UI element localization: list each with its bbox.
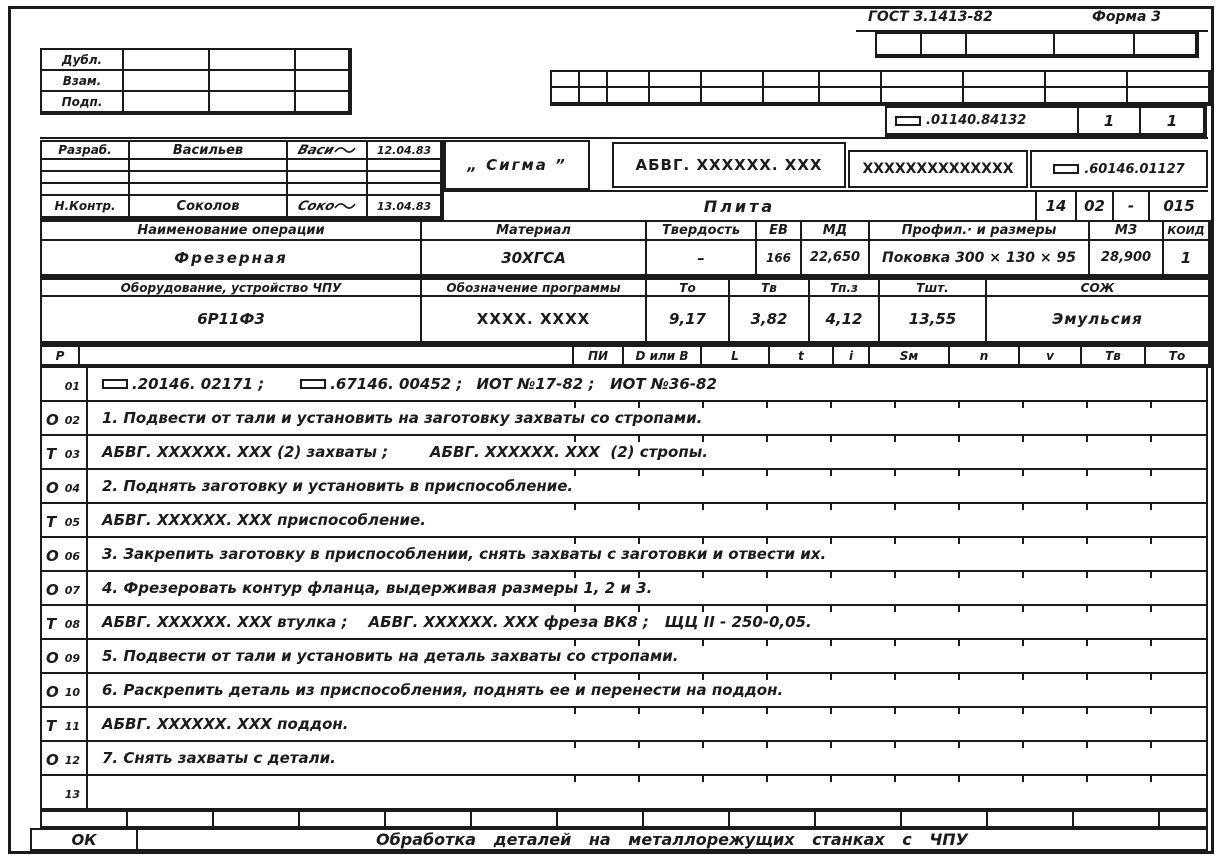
param-tv: Тв bbox=[1082, 347, 1146, 366]
part-name-row: Плита 14 02 - 015 bbox=[444, 190, 1208, 220]
param-v: v bbox=[1020, 347, 1082, 366]
title-block-topline bbox=[40, 137, 1208, 139]
material-header: Материал bbox=[422, 222, 647, 241]
ok-label: ОК bbox=[32, 830, 138, 849]
top-doc-number: .01140.84132 bbox=[926, 113, 1026, 128]
enterprise-code-box-icon bbox=[300, 379, 326, 389]
empty-cell bbox=[368, 172, 442, 184]
organization-box: „ Сигма ” bbox=[444, 140, 590, 190]
tsht-header: Тшт. bbox=[880, 280, 987, 297]
column-ticks bbox=[574, 470, 1206, 476]
column-ticks bbox=[574, 504, 1206, 510]
op-row-07: О07 4. Фрезеровать контур фланца, выдерж… bbox=[40, 572, 1208, 606]
top-doc-sheet: 1 bbox=[1079, 108, 1141, 135]
op-row-04: О04 2. Поднять заготовку и установить в … bbox=[40, 470, 1208, 504]
row-number: 13 bbox=[65, 783, 80, 806]
column-ticks bbox=[574, 708, 1206, 714]
middle-grid bbox=[550, 70, 1212, 106]
op-row-05: Т05 АБВГ. XXXXXX. XXX приспособление. bbox=[40, 504, 1208, 538]
empty-cell bbox=[80, 347, 574, 366]
designation-box: АБВГ. XXXXXX. XXX bbox=[612, 142, 846, 188]
column-ticks bbox=[574, 640, 1206, 646]
md-value: 22,650 bbox=[802, 241, 870, 276]
doc-number-right: .60146.01127 bbox=[1084, 162, 1184, 177]
param-sm: Sм bbox=[870, 347, 950, 366]
to-header: То bbox=[647, 280, 730, 297]
empty-cell bbox=[288, 172, 368, 184]
stamp-label-dupl: Дубл. bbox=[42, 50, 124, 71]
signature-flourish-icon bbox=[334, 201, 356, 211]
row-number: 07 bbox=[65, 579, 80, 602]
empty-cell bbox=[922, 34, 967, 56]
ncontrol-signature: Соко bbox=[288, 196, 368, 218]
designation2-box: XXXXXXXXXXXXXX bbox=[848, 150, 1028, 188]
operation-name-header: Наименование операции bbox=[42, 222, 422, 241]
empty-cell bbox=[702, 88, 764, 104]
column-ticks bbox=[574, 436, 1206, 442]
empty-cell bbox=[820, 72, 882, 88]
empty-cell bbox=[288, 160, 368, 172]
row-number: 09 bbox=[65, 647, 80, 670]
row-number: 04 bbox=[65, 477, 80, 500]
empty-cell bbox=[288, 184, 368, 196]
op-row-03: Т03 АБВГ. XXXXXX. XXX (2) захваты ; АБВГ… bbox=[40, 436, 1208, 470]
empty-cell bbox=[42, 184, 130, 196]
profile-header: Профил.· и размеры bbox=[870, 222, 1090, 241]
sozh-value: Эмульсия bbox=[987, 297, 1210, 343]
developer-date: 12.04.83 bbox=[368, 142, 442, 160]
empty-cell bbox=[210, 50, 296, 71]
parameter-row: Р ПИ D или В L t i Sм n v Тв То bbox=[40, 345, 1212, 368]
ncontrol-role-label: Н.Контр. bbox=[42, 196, 130, 218]
op-row-13: 13 bbox=[40, 776, 1208, 810]
organization-name: „ Сигма ” bbox=[467, 156, 567, 174]
empty-cell bbox=[296, 71, 350, 92]
empty-cell bbox=[130, 172, 288, 184]
ev-header: ЕВ bbox=[757, 222, 802, 241]
empty-cell bbox=[650, 72, 702, 88]
empty-cell bbox=[210, 92, 296, 113]
mz-value: 28,900 bbox=[1090, 241, 1164, 276]
gost-standard-label: ГОСТ 3.1413-82 bbox=[868, 9, 1078, 25]
empty-cell bbox=[702, 72, 764, 88]
program-value: ХХХХ. ХХХХ bbox=[422, 297, 647, 343]
hardness-value: – bbox=[647, 241, 757, 276]
stamp-label-vzam: Взам. bbox=[42, 71, 124, 92]
part-code-cells: 14 02 - 015 bbox=[1035, 192, 1208, 220]
top-doc-number-row: .01140.84132 1 1 bbox=[885, 106, 1207, 137]
empty-cell bbox=[124, 92, 210, 113]
op-row-01: 01 .20146. 02171 ;.67146. 00452 ;ИОТ №17… bbox=[40, 368, 1208, 402]
empty-cell bbox=[42, 172, 130, 184]
empty-cell bbox=[124, 50, 210, 71]
param-pi: ПИ bbox=[574, 347, 624, 366]
card-title: Обработка деталей на металлорежущих стан… bbox=[138, 830, 1206, 849]
empty-cell bbox=[882, 72, 964, 88]
column-ticks bbox=[574, 538, 1206, 544]
ncontrol-name: Соколов bbox=[130, 196, 288, 218]
column-ticks bbox=[574, 742, 1206, 748]
empty-cell bbox=[580, 88, 608, 104]
form-number-label: Форма 3 bbox=[1092, 9, 1202, 25]
column-ticks bbox=[574, 572, 1206, 578]
op-row-09: О09 5. Подвести от тали и установить на … bbox=[40, 640, 1208, 674]
empty-cell bbox=[130, 184, 288, 196]
tpz-header: Тп.з bbox=[810, 280, 880, 297]
param-d: D или В bbox=[624, 347, 702, 366]
koid-header: КОИД bbox=[1164, 222, 1210, 241]
empty-cell bbox=[820, 88, 882, 104]
document-designation-2: XXXXXXXXXXXXXX bbox=[862, 161, 1013, 177]
developer-signature: Васи bbox=[288, 142, 368, 160]
row-number: 11 bbox=[65, 715, 80, 738]
empty-cell bbox=[1128, 88, 1210, 104]
param-to: То bbox=[1146, 347, 1210, 366]
developer-role-label: Разраб. bbox=[42, 142, 130, 160]
enterprise-code-box-icon bbox=[1053, 164, 1079, 174]
row-number: 03 bbox=[65, 443, 80, 466]
empty-cell bbox=[580, 72, 608, 88]
param-t: t bbox=[770, 347, 834, 366]
stamp-label-podp: Подп. bbox=[42, 92, 124, 113]
empty-cell bbox=[882, 88, 964, 104]
enterprise-code-box-icon bbox=[102, 379, 128, 389]
op-row-10: О10 6. Раскрепить деталь из приспособлен… bbox=[40, 674, 1208, 708]
row-number: 12 bbox=[65, 749, 80, 772]
empty-cell bbox=[1046, 72, 1128, 88]
operation-table: Наименование операции Материал Твердость… bbox=[40, 220, 1212, 278]
equipment-header: Оборудование, устройство ЧПУ bbox=[42, 280, 422, 297]
row-number: 10 bbox=[65, 681, 80, 704]
part-cell-015: 015 bbox=[1148, 192, 1208, 220]
op-row-text: .20146. 02171 ;.67146. 00452 ;ИОТ №17-82… bbox=[88, 368, 1206, 400]
column-ticks bbox=[574, 674, 1206, 680]
top-doc-list: 1 bbox=[1141, 108, 1205, 135]
part-cell-02: 02 bbox=[1075, 192, 1112, 220]
empty-cell bbox=[964, 72, 1046, 88]
stamp-table: Дубл. Взам. Подп. bbox=[40, 48, 352, 115]
op-row-02: О02 1. Подвести от тали и установить на … bbox=[40, 402, 1208, 436]
empty-cell bbox=[967, 34, 1055, 56]
op-row-06: О06 3. Закрепить заготовку в приспособле… bbox=[40, 538, 1208, 572]
empty-cell bbox=[1135, 34, 1197, 56]
empty-cell bbox=[296, 92, 350, 113]
tpz-value: 4,12 bbox=[810, 297, 880, 343]
top-right-grid bbox=[875, 32, 1199, 58]
row-number: 02 bbox=[65, 409, 80, 432]
tv-header: Тв bbox=[730, 280, 810, 297]
empty-cell bbox=[552, 72, 580, 88]
empty-cell bbox=[1055, 34, 1135, 56]
operation-card-page: ГОСТ 3.1413-82 Форма 3 Дубл. Взам. Подп.… bbox=[0, 0, 1222, 862]
op-row-12: О12 7. Снять захваты с детали. bbox=[40, 742, 1208, 776]
param-n: n bbox=[950, 347, 1020, 366]
row-number: 05 bbox=[65, 511, 80, 534]
material-value: 30ХГСА bbox=[422, 241, 647, 276]
profile-value: Поковка 300 × 130 × 95 bbox=[870, 241, 1090, 276]
empty-cell bbox=[42, 160, 130, 172]
empty-cell bbox=[764, 72, 820, 88]
bottom-cell-strip bbox=[40, 810, 1208, 828]
op-row-11: Т11 АБВГ. XXXXXX. XXX поддон. bbox=[40, 708, 1208, 742]
document-designation: АБВГ. XXXXXX. XXX bbox=[636, 156, 823, 174]
empty-cell bbox=[877, 34, 922, 56]
koid-value: 1 bbox=[1164, 241, 1210, 276]
tsht-value: 13,55 bbox=[880, 297, 987, 343]
empty-cell bbox=[650, 88, 702, 104]
empty-cell bbox=[368, 184, 442, 196]
param-l: L bbox=[702, 347, 770, 366]
doc-number-right-box: .60146.01127 bbox=[1030, 150, 1208, 188]
row-number: 01 bbox=[65, 375, 80, 398]
ev-value: 166 bbox=[757, 241, 802, 276]
signature-table: Разраб. Васильев Васи 12.04.83 Н.Контр. … bbox=[40, 140, 444, 220]
empty-cell bbox=[552, 88, 580, 104]
footer-row: ОК Обработка деталей на металлорежущих с… bbox=[30, 828, 1208, 851]
empty-cell bbox=[964, 88, 1046, 104]
equipment-value: 6Р11Ф3 bbox=[42, 297, 422, 343]
empty-cell bbox=[368, 160, 442, 172]
empty-cell bbox=[1128, 72, 1210, 88]
mz-header: МЗ bbox=[1090, 222, 1164, 241]
part-name: Плита bbox=[704, 197, 775, 216]
column-ticks bbox=[574, 606, 1206, 612]
sozh-header: СОЖ bbox=[987, 280, 1210, 297]
empty-cell bbox=[608, 88, 650, 104]
enterprise-code-box-icon bbox=[895, 116, 921, 126]
empty-cell bbox=[130, 160, 288, 172]
column-ticks bbox=[574, 402, 1206, 408]
empty-cell bbox=[764, 88, 820, 104]
developer-name: Васильев bbox=[130, 142, 288, 160]
program-header: Обозначение программы bbox=[422, 280, 647, 297]
hardness-header: Твердость bbox=[647, 222, 757, 241]
empty-cell bbox=[1046, 88, 1128, 104]
tv-value: 3,82 bbox=[730, 297, 810, 343]
md-header: МД bbox=[802, 222, 870, 241]
empty-cell bbox=[608, 72, 650, 88]
param-i: i bbox=[834, 347, 870, 366]
empty-cell bbox=[296, 50, 350, 71]
part-cell-dash: - bbox=[1112, 192, 1148, 220]
to-value: 9,17 bbox=[647, 297, 730, 343]
op-row-08: Т08 АБВГ. XXXXXX. XXX втулка ; АБВГ. XXX… bbox=[40, 606, 1208, 640]
signature-flourish-icon bbox=[334, 145, 356, 155]
empty-cell bbox=[210, 71, 296, 92]
equipment-table: Оборудование, устройство ЧПУ Обозначение… bbox=[40, 278, 1212, 345]
ncontrol-date: 13.04.83 bbox=[368, 196, 442, 218]
row-number: 06 bbox=[65, 545, 80, 568]
param-r: Р bbox=[42, 347, 80, 366]
empty-cell bbox=[124, 71, 210, 92]
column-ticks bbox=[574, 776, 1206, 782]
part-cell-14: 14 bbox=[1035, 192, 1075, 220]
operation-name-value: Фрезерная bbox=[42, 241, 422, 276]
row-number: 08 bbox=[65, 613, 80, 636]
